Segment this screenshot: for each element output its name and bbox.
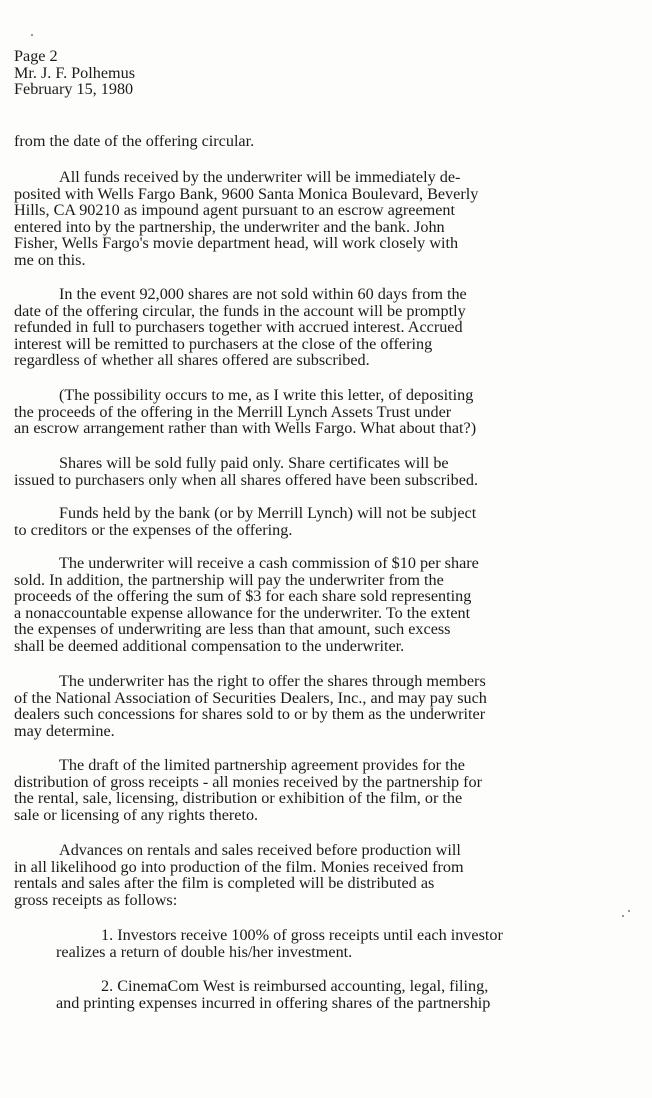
scan-speck	[628, 910, 630, 912]
paragraph-advances: Advances on rentals and sales received b…	[14, 842, 464, 908]
page-number: Page 2	[14, 48, 135, 65]
scan-speck	[622, 915, 624, 917]
paragraph-funds-held: Funds held by the bank (or by Merrill Ly…	[14, 505, 476, 538]
recipient-name: Mr. J. F. Polhemus	[14, 65, 135, 82]
letter-date: February 15, 1980	[14, 81, 135, 98]
scan-speck	[31, 34, 33, 36]
paragraph-nasd-dealers: The underwriter has the right to offer t…	[14, 673, 487, 739]
list-item-investors: 1. Investors receive 100% of gross recei…	[56, 927, 503, 960]
paragraph-partnership-agreement: The draft of the limited partnership agr…	[14, 757, 482, 823]
paragraph-continuation: from the date of the offering circular.	[14, 133, 254, 150]
paragraph-escrow-deposit: All funds received by the underwriter wi…	[14, 169, 478, 269]
paragraph-merrill-lynch-aside: (The possibility occurs to me, as I writ…	[14, 387, 476, 437]
paragraph-share-certificates: Shares will be sold fully paid only. Sha…	[14, 455, 478, 488]
paragraph-refund-terms: In the event 92,000 shares are not sold …	[14, 286, 467, 369]
paragraph-underwriter-commission: The underwriter will receive a cash comm…	[14, 555, 479, 655]
letter-page: Page 2 Mr. J. F. Polhemus February 15, 1…	[0, 0, 652, 1098]
list-item-cinemacom-west: 2. CinemaCom West is reimbursed accounti…	[56, 978, 490, 1011]
letter-header: Page 2 Mr. J. F. Polhemus February 15, 1…	[14, 48, 135, 98]
